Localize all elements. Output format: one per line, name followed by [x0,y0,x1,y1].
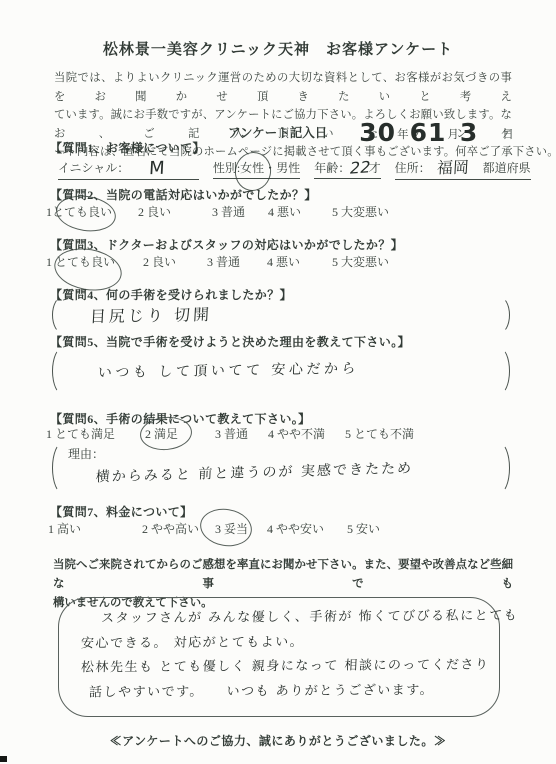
gender-option-female: 女性 [240,161,264,175]
q6-option-3: 3 普通 [215,425,268,442]
q7-option-4: 4 やや安い [267,520,347,537]
q3-option-4: 4 悪い [267,253,332,270]
handwritten-address: 福岡 [436,155,469,179]
q1-fields-row: イニシャル：M 性別:女性・男性 年齢：22才 住所：福岡都道府県 [58,154,531,180]
q3-option-1: 1 とても良い [46,253,143,270]
gender-label: 性別: [213,161,240,175]
handwritten-day: 3 [460,120,478,146]
address-unit: 都道府県 [483,161,531,175]
year-unit: 年 [397,124,409,146]
comment-line-4: 話しやすいです。 いつも ありがとうございます。 [80,678,481,705]
initial-label: イニシャル： [58,161,129,175]
handwritten-age: 22 [348,157,372,177]
q2-option-4: 4 悪い [268,203,332,220]
feedback-comment-box: スタッフさんが みんな優しく、手術が 怖くてびびる私にとても 安心できる。 対応… [58,597,500,717]
right-paren-icon [488,347,510,395]
gender-separator: ・ [264,161,276,175]
handwritten-month-day: 61 [410,120,447,146]
handwritten-initial: M [149,158,166,179]
q3-option-5: 5 大変悪い [332,253,389,270]
survey-date-row: アンケート記入日 30 年 61 月 3 日 [228,112,515,146]
q3-option-2: 2 良い [143,253,207,270]
comment-line-1: スタッフさんが みんな優しく、手術が 怖くてびびる私にとても [80,605,481,632]
q6-option-2: 2 満足 [145,425,215,442]
q7-option-5: 5 安い [347,520,380,537]
q4-handwritten-answer: 目尻じり 切開 [89,302,212,327]
q5-answer-box: いつも して頂いてて 安心だから [52,347,510,395]
q4-answer-box: 目尻じり 切開 [52,296,510,334]
q6-option-4: 4 やや不満 [268,425,345,442]
q3-heading: 【質問3、ドクターおよびスタッフの対応はいかがでしたか？】 [50,236,403,253]
right-paren-icon [488,296,510,334]
address-label: 住所： [395,161,431,175]
q7-option-2: 2 やや高い [142,520,215,537]
q7-options-row: 1 高い2 やや高い3 妥当4 やや安い5 安い [48,520,380,537]
q6-reason-label: 理由： [68,445,104,462]
q2-option-2: 2 良い [138,203,212,220]
initial-field: イニシャル：M [58,156,199,180]
q6-option-5: 5 とても不満 [345,425,414,442]
q2-option-1: 1とても良い [46,203,138,220]
handwritten-year: 30 [359,120,396,146]
q6-reason-box: 理由： 横からみると 前と違うのが 実感できたため [52,442,510,494]
q2-option-3: 3 普通 [212,203,268,220]
q6-options-row: 1 とても満足2 満足3 普通4 やや不満5 とても不満 [46,425,414,442]
comment-line-2: 安心できる。 対応がとてもよい。 [80,629,481,656]
q7-heading: 【質問7、料金について】 [50,503,193,520]
q2-option-5: 5 大変悪い [332,203,389,220]
q3-option-3: 3 普通 [207,253,267,270]
q2-heading: 【質問2、当院の電話対応はいかがでしたか？】 [50,186,317,203]
age-field: 年齢：22才 [314,157,380,179]
q5-handwritten-answer: いつも して頂いてて 安心だから [97,358,359,383]
left-paren-icon [52,296,74,334]
q7-option-3: 3 妥当 [215,520,267,537]
age-label: 年齢： [314,161,350,175]
q7-option-1: 1 高い [48,520,142,537]
q2-options-row: 1とても良い2 良い3 普通4 悪い5 大変悪い [46,203,389,220]
feedback-prompt-line-1: 当院へご来院されてからのご感想を率直にお聞かせ下さい。また、要望や改善点など些細… [53,556,513,594]
month-unit: 月 [447,124,459,146]
gender-field: 性別:女性・男性 [213,159,300,179]
q3-options-row: 1 とても良い2 良い3 普通4 悪い5 大変悪い [46,253,389,270]
right-paren-icon [488,442,510,494]
address-field: 住所：福岡都道府県 [395,154,531,180]
q6-option-1: 1 とても満足 [46,425,145,442]
date-label: アンケート記入日 [228,121,327,146]
q6-handwritten-reason: 横からみると 前と違うのが 実感できたため [95,458,413,487]
footer-thanks: ≪アンケートへのご協力、誠にありがとうございました。≫ [0,732,556,749]
scanned-survey-document: 松林景一美容クリニック天神 お客様アンケート 当院では、よりよいクリニック運営の… [0,0,556,764]
comment-line-3: 松林先生も とても優しく 親身になって 相談にのってくださり [80,654,481,681]
day-unit: 日 [502,124,514,146]
scan-artifact-mark [0,756,7,762]
intro-line-1: 当院では、よりよいクリニック運営のための大切な資料として、お客様がお気づきの事を… [54,69,512,106]
left-paren-icon [52,347,74,395]
gender-option-male: 男性 [276,161,300,175]
form-title: 松林景一美容クリニック天神 お客様アンケート [0,38,556,59]
